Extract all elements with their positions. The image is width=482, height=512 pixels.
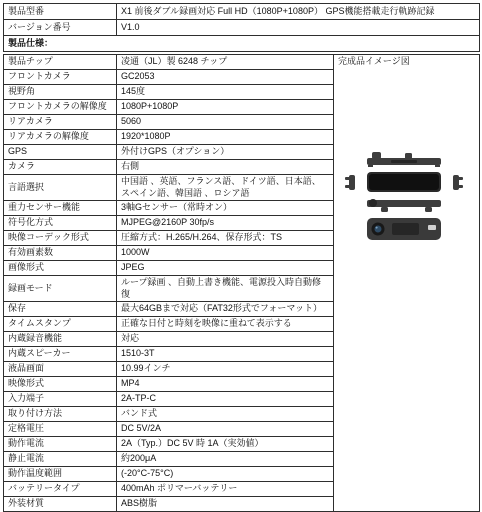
spec-label: 液晶画面 xyxy=(4,362,117,377)
spec-value: 1510-3T xyxy=(117,347,334,362)
spec-value: バンド式 xyxy=(117,407,334,422)
spec-value: 3軸Gセンサー（常時オン） xyxy=(117,201,334,216)
spec-value: 5060 xyxy=(117,115,334,130)
spec-label: 符号化方式 xyxy=(4,216,117,231)
spec-label: 内蔵録音機能 xyxy=(4,332,117,347)
header-value: V1.0 xyxy=(117,20,480,36)
product-bottom-view xyxy=(367,199,441,212)
spec-label: 内蔵スピーカー xyxy=(4,347,117,362)
camera-lens xyxy=(371,222,384,235)
spec-label: タイムスタンプ xyxy=(4,317,117,332)
spec-value: 145度 xyxy=(117,85,334,100)
spec-label: 視野角 xyxy=(4,85,117,100)
spec-value: 外付けGPS（オプション） xyxy=(117,145,334,160)
spec-label: 取り付け方法 xyxy=(4,407,117,422)
spec-value: 1000W xyxy=(117,246,334,261)
spec-label: GPS xyxy=(4,145,117,160)
spec-sheet: 製品型番 X1 前後ダブル録画対応 Full HD（1080P+1080P） G… xyxy=(0,0,482,503)
spec-value: 1920*1080P xyxy=(117,130,334,145)
spec-value: 中国語 、英語、フランス語、ドイツ語、日本語、スペイン語、韓国語 、ロシア語 xyxy=(117,175,334,201)
spec-value: ループ録画 、自動上書き機能、電源投入時自動修復 xyxy=(117,276,334,302)
header-value: X1 前後ダブル録画対応 Full HD（1080P+1080P） GPS機能搭… xyxy=(117,4,480,20)
spec-value: 約200μA xyxy=(117,452,334,467)
spec-value: 2A-TP-C xyxy=(117,392,334,407)
spec-label: 録画モード xyxy=(4,276,117,302)
spec-value: 正確な日付と時刻を映像に重ねて表示する xyxy=(117,317,334,332)
product-front-view xyxy=(367,172,441,192)
spec-label: カメラ xyxy=(4,160,117,175)
spec-value: 10.99インチ xyxy=(117,362,334,377)
image-column-title: 完成品イメージ図 xyxy=(338,56,475,68)
product-left-side-view xyxy=(345,175,355,190)
spec-label: 言語選択 xyxy=(4,175,117,201)
spec-value: DC 5V/2A xyxy=(117,422,334,437)
spec-label: 入力端子 xyxy=(4,392,117,407)
spec-label: 製品チップ xyxy=(4,55,117,70)
spec-value: 1080P+1080P xyxy=(117,100,334,115)
section-title: 製品仕様： xyxy=(4,36,480,52)
spec-value: 最大64GBまで対応（FAT32形式でフォーマット） xyxy=(117,302,334,317)
product-right-side-view xyxy=(453,175,463,190)
spec-value: 右側 xyxy=(117,160,334,175)
spec-label: バッテリータイプ xyxy=(4,482,117,497)
spec-label: 外装材質 xyxy=(4,497,117,512)
spec-label: 動作温度範囲 xyxy=(4,467,117,482)
spec-label: リアカメラ xyxy=(4,115,117,130)
header-label: バージョン番号 xyxy=(4,20,117,36)
product-image xyxy=(341,148,473,252)
product-top-view xyxy=(367,152,441,167)
spec-label: リアカメラの解像度 xyxy=(4,130,117,145)
product-rear-view xyxy=(367,218,441,240)
spec-value: ABS樹脂 xyxy=(117,497,334,512)
spec-label: 画像形式 xyxy=(4,261,117,276)
spec-value: MP4 xyxy=(117,377,334,392)
spec-label: 重力センサー機能 xyxy=(4,201,117,216)
spec-value: 2A（Typ.）DC 5V 時 1A（実効値） xyxy=(117,437,334,452)
spec-value: (-20°C-75°C) xyxy=(117,467,334,482)
spec-label: 映像コーデック形式 xyxy=(4,231,117,246)
spec-label: フロントカメラの解像度 xyxy=(4,100,117,115)
spec-label: 映像形式 xyxy=(4,377,117,392)
header-row: バージョン番号 V1.0 xyxy=(4,20,480,36)
spec-value: GC2053 xyxy=(117,70,334,85)
table-row: 製品チップ 凌通（JL）製 6248 チップ 完成品イメージ図 xyxy=(4,55,480,70)
spec-label: 有効画素数 xyxy=(4,246,117,261)
spec-value: JPEG xyxy=(117,261,334,276)
product-image-cell: 完成品イメージ図 xyxy=(334,55,480,512)
header-row: 製品型番 X1 前後ダブル録画対応 Full HD（1080P+1080P） G… xyxy=(4,4,480,20)
spec-value: MJPEG@2160P 30fp/s xyxy=(117,216,334,231)
product-header-table: 製品型番 X1 前後ダブル録画対応 Full HD（1080P+1080P） G… xyxy=(3,3,480,52)
spec-label: 保存 xyxy=(4,302,117,317)
spec-table: 製品チップ 凌通（JL）製 6248 チップ 完成品イメージ図 xyxy=(3,54,480,512)
spec-label: 定格電圧 xyxy=(4,422,117,437)
spec-value: 圧縮方式：H.265/H.264、保存形式：TS xyxy=(117,231,334,246)
spec-value: 凌通（JL）製 6248 チップ xyxy=(117,55,334,70)
spec-label: 動作電流 xyxy=(4,437,117,452)
spec-label: 静止電流 xyxy=(4,452,117,467)
spec-value: 400mAh ポリマーバッテリー xyxy=(117,482,334,497)
spec-label: フロントカメラ xyxy=(4,70,117,85)
header-label: 製品型番 xyxy=(4,4,117,20)
section-header-row: 製品仕様： xyxy=(4,36,480,52)
spec-value: 対応 xyxy=(117,332,334,347)
